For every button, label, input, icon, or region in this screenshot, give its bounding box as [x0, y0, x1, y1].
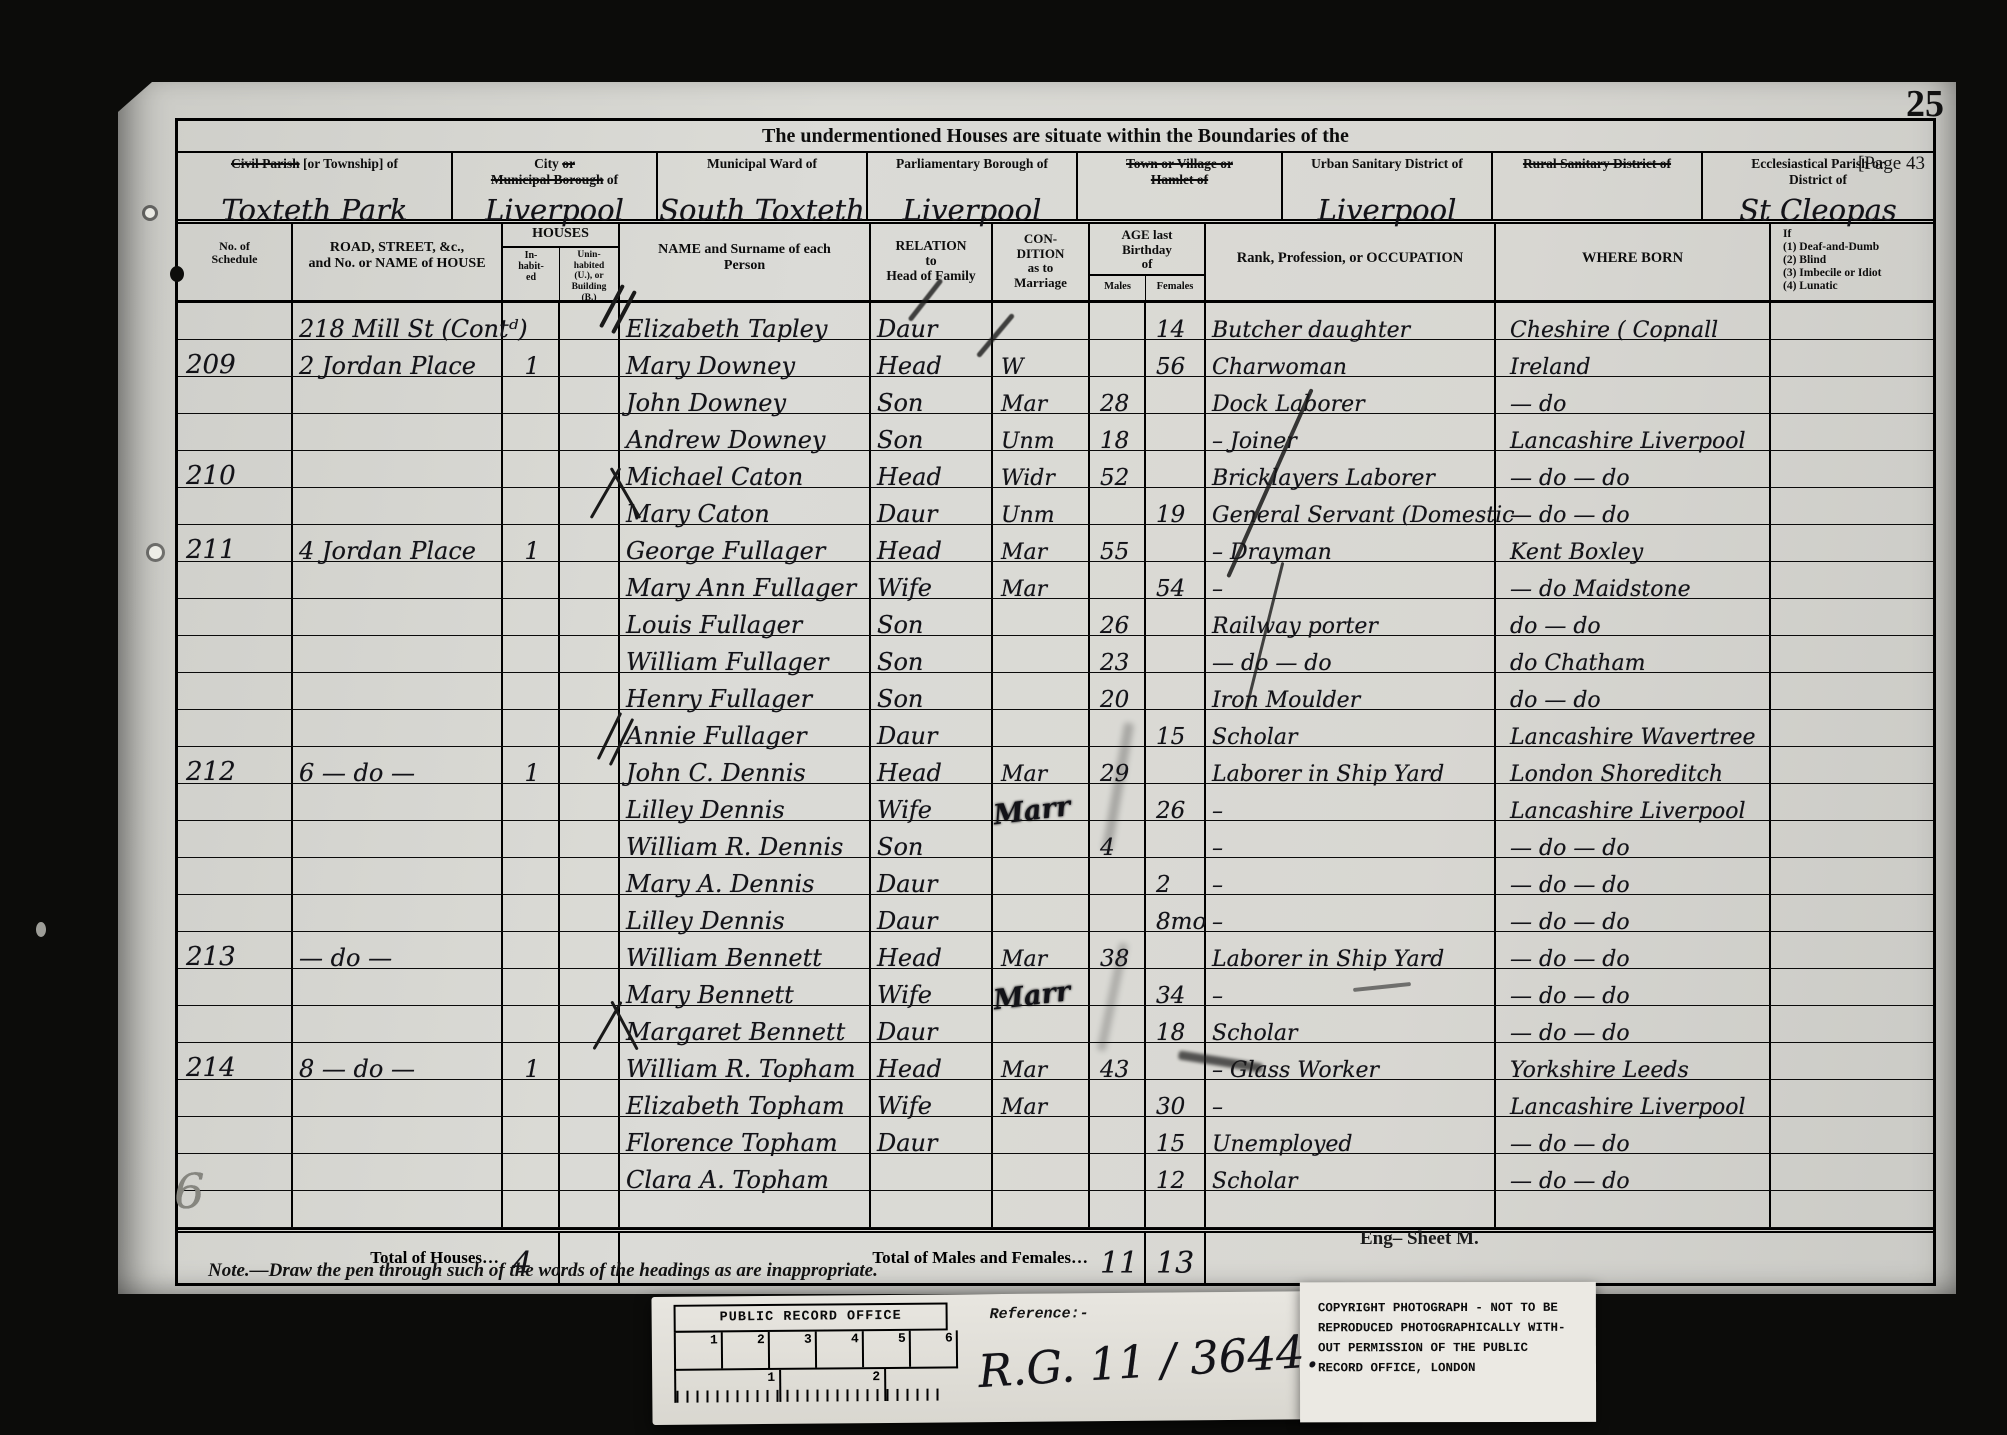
cell-born: Lancashire Liverpool	[1496, 414, 1771, 450]
cell-age_m	[1090, 1191, 1146, 1227]
cell-age_m: 26	[1090, 599, 1146, 635]
district-value: Toxteth Park	[178, 193, 451, 227]
cell-occupation: Scholar	[1206, 1006, 1496, 1042]
cell-age_m	[1090, 858, 1146, 894]
cell-condition: Unm	[993, 414, 1090, 450]
cell-infirmity	[1771, 414, 1933, 450]
ruler-cm-cell: 2	[781, 1369, 886, 1402]
cell-road: 218 Mill St (Contᵈ)	[293, 303, 503, 339]
cell-inhabited	[503, 858, 560, 894]
cell-age_m: 55	[1090, 525, 1146, 561]
pro-ruler-inches: 123456	[674, 1330, 958, 1370]
cell-schedule	[178, 784, 293, 820]
cell-road	[293, 969, 503, 1005]
copyright-stamp: COPYRIGHT PHOTOGRAPH - NOT TO BE REPRODU…	[1300, 1282, 1596, 1423]
cell-infirmity	[1771, 673, 1933, 709]
cell-condition: Unm	[993, 488, 1090, 524]
cell-age_m	[1090, 340, 1146, 376]
cell-inhabited	[503, 1117, 560, 1153]
cell-infirmity	[1771, 1043, 1933, 1079]
cell-relation: Daur	[871, 303, 993, 339]
cell-inhabited	[503, 784, 560, 820]
totals-trailing-space	[1206, 1233, 1933, 1283]
cell-condition: Mar	[993, 1043, 1090, 1079]
ruler-inch-cell: 4	[817, 1331, 864, 1367]
cell-road: 6 — do —	[293, 747, 503, 783]
cell-relation: Daur	[871, 710, 993, 746]
cell-road	[293, 377, 503, 413]
district-town-village: Town or Village orHamlet of	[1078, 153, 1283, 219]
pro-ruler-card: PUBLIC RECORD OFFICE 123456 12	[657, 1298, 974, 1419]
district-parliamentary-borough: Parliamentary Borough ofLiverpool	[868, 153, 1078, 219]
cell-occupation: Bricklayers Laborer	[1206, 451, 1496, 487]
cell-occupation: General Servant (Domestic	[1206, 488, 1496, 524]
cell-occupation: –	[1206, 784, 1496, 820]
cell-name: William R. Dennis	[620, 821, 871, 857]
cell-name: Andrew Downey	[620, 414, 871, 450]
table-rows: 218 Mill St (Contᵈ)Elizabeth TapleyDaur1…	[178, 303, 1933, 1228]
total-females-value: 13	[1146, 1233, 1206, 1283]
cell-occupation: –	[1206, 895, 1496, 931]
cell-infirmity	[1771, 895, 1933, 931]
cell-name	[620, 1191, 871, 1227]
cell-road	[293, 1154, 503, 1190]
cell-name: Michael Caton	[620, 451, 871, 487]
cell-age_f: 54	[1146, 562, 1206, 598]
cell-age_f: 26	[1146, 784, 1206, 820]
cell-infirmity	[1771, 710, 1933, 746]
cell-age_m	[1090, 1080, 1146, 1116]
table-row: 210Michael CatonHeadWidr52Bricklayers La…	[178, 451, 1933, 488]
table-title: The undermentioned Houses are situate wi…	[762, 125, 1349, 147]
cell-age_m	[1090, 1117, 1146, 1153]
cell-born: — do — do	[1496, 1006, 1771, 1042]
cell-inhabited	[503, 821, 560, 857]
cell-relation: Son	[871, 673, 993, 709]
cell-inhabited: 1	[503, 340, 560, 376]
cell-infirmity	[1771, 747, 1933, 783]
cell-born	[1496, 1191, 1771, 1227]
cell-road	[293, 784, 503, 820]
cell-age_f: 19	[1146, 488, 1206, 524]
footer-note: Note.—Draw the pen through such of the w…	[208, 1260, 878, 1282]
cell-uninhabited	[560, 932, 620, 968]
cell-uninhabited	[560, 1043, 620, 1079]
cell-uninhabited	[560, 488, 620, 524]
cell-born: London Shoreditch	[1496, 747, 1771, 783]
cell-condition	[993, 710, 1090, 746]
cell-condition	[993, 1191, 1090, 1227]
cell-relation: Wife	[871, 1080, 993, 1116]
cell-relation: Head	[871, 1043, 993, 1079]
cell-name: Florence Topham	[620, 1117, 871, 1153]
cell-infirmity	[1771, 340, 1933, 376]
cell-infirmity	[1771, 858, 1933, 894]
cell-relation: Son	[871, 377, 993, 413]
ruler-inch-cell: 6	[911, 1330, 956, 1366]
cell-born: — do — do	[1496, 858, 1771, 894]
cell-relation: Wife	[871, 784, 993, 820]
cell-infirmity	[1771, 1080, 1933, 1116]
cell-age_f	[1146, 451, 1206, 487]
cell-born: Lancashire Wavertree	[1496, 710, 1771, 746]
cell-inhabited	[503, 636, 560, 672]
table-row: John DowneySonMar28Dock Laborer— do	[178, 377, 1933, 414]
cell-occupation	[1206, 1191, 1496, 1227]
cell-born: Cheshire ( Copnall	[1496, 303, 1771, 339]
table-row: Andrew DowneySonUnm18– JoinerLancashire …	[178, 414, 1933, 451]
cell-relation: Daur	[871, 1117, 993, 1153]
cell-condition: Marr	[993, 969, 1090, 1005]
cell-relation: Daur	[871, 488, 993, 524]
cell-road	[293, 1006, 503, 1042]
cell-road	[293, 562, 503, 598]
cell-schedule	[178, 303, 293, 339]
cell-inhabited	[503, 1154, 560, 1190]
cell-schedule	[178, 821, 293, 857]
cell-occupation: –	[1206, 821, 1496, 857]
cell-inhabited	[503, 599, 560, 635]
cell-born: Lancashire Liverpool	[1496, 1080, 1771, 1116]
cell-age_m: 18	[1090, 414, 1146, 450]
cell-born: do — do	[1496, 673, 1771, 709]
cell-age_f	[1146, 525, 1206, 561]
cell-occupation: Railway porter	[1206, 599, 1496, 635]
cell-schedule	[178, 858, 293, 894]
cell-inhabited	[503, 1006, 560, 1042]
cell-born: — do — do	[1496, 969, 1771, 1005]
table-row: 2114 Jordan Place1George FullagerHeadMar…	[178, 525, 1933, 562]
table-row: Lilley DennisDaur8mo–— do — do	[178, 895, 1933, 932]
cell-occupation: — do — do	[1206, 636, 1496, 672]
cell-condition	[993, 1117, 1090, 1153]
col-header-age-group: AGE last Birthday of	[1090, 224, 1206, 276]
cell-inhabited: 1	[503, 525, 560, 561]
table-row: Mary A. DennisDaur2–— do — do	[178, 858, 1933, 895]
cell-schedule	[178, 969, 293, 1005]
cell-age_f	[1146, 747, 1206, 783]
col-header-schedule: No. of Schedule	[178, 224, 293, 300]
cell-born: Kent Boxley	[1496, 525, 1771, 561]
district-value: Liverpool	[1283, 193, 1491, 227]
cell-relation: Son	[871, 821, 993, 857]
cell-schedule: 211	[178, 525, 293, 561]
cell-born: — do Maidstone	[1496, 562, 1771, 598]
cell-age_f	[1146, 636, 1206, 672]
punch-hole	[149, 546, 162, 559]
cell-inhabited	[503, 932, 560, 968]
cell-age_m: 28	[1090, 377, 1146, 413]
cell-inhabited	[503, 1080, 560, 1116]
table-row: Florence TophamDaur15Unemployed— do — do	[178, 1117, 1933, 1154]
cell-relation: Head	[871, 525, 993, 561]
cell-occupation: Scholar	[1206, 710, 1496, 746]
cell-age_f: 15	[1146, 1117, 1206, 1153]
cell-relation: Daur	[871, 895, 993, 931]
cell-occupation: –	[1206, 858, 1496, 894]
cell-relation: Son	[871, 599, 993, 635]
census-table: The undermentioned Houses are situate wi…	[175, 118, 1936, 1286]
table-row: 213— do —William BennettHeadMar38Laborer…	[178, 932, 1933, 969]
cell-uninhabited	[560, 562, 620, 598]
cell-road: 2 Jordan Place	[293, 340, 503, 376]
cell-condition: Mar	[993, 562, 1090, 598]
cell-age_f	[1146, 414, 1206, 450]
cell-occupation: Scholar	[1206, 1154, 1496, 1190]
cell-born: — do — do	[1496, 932, 1771, 968]
table-row: Mary BennettWifeMarr34–— do — do	[178, 969, 1933, 1006]
cell-inhabited: 1	[503, 747, 560, 783]
cell-road	[293, 895, 503, 931]
table-row: Louis FullagerSon26Railway porterdo — do	[178, 599, 1933, 636]
cell-occupation: Butcher daughter	[1206, 303, 1496, 339]
cell-age_m	[1090, 895, 1146, 931]
cell-age_m: 20	[1090, 673, 1146, 709]
table-row: Mary CatonDaurUnm19General Servant (Dome…	[178, 488, 1933, 525]
cell-born: Yorkshire Leeds	[1496, 1043, 1771, 1079]
cell-uninhabited	[560, 340, 620, 376]
cell-infirmity	[1771, 1117, 1933, 1153]
ruler-cm-cell: 1	[676, 1370, 781, 1403]
cell-condition: Mar	[993, 932, 1090, 968]
pro-office-label: PUBLIC RECORD OFFICE	[674, 1302, 948, 1332]
cell-infirmity	[1771, 969, 1933, 1005]
cell-road	[293, 821, 503, 857]
cell-uninhabited	[560, 599, 620, 635]
cell-condition	[993, 673, 1090, 709]
cell-occupation: –	[1206, 1080, 1496, 1116]
cell-infirmity	[1771, 784, 1933, 820]
cell-road	[293, 1117, 503, 1153]
cell-condition: Mar	[993, 1080, 1090, 1116]
cell-uninhabited	[560, 858, 620, 894]
cell-inhabited	[503, 1191, 560, 1227]
cell-inhabited	[503, 488, 560, 524]
col-header-road: ROAD, STREET, &c., and No. or NAME of HO…	[293, 224, 503, 300]
cell-road	[293, 599, 503, 635]
table-row: Clara A. Topham12Scholar— do — do	[178, 1154, 1933, 1191]
cell-schedule	[178, 488, 293, 524]
cell-schedule: 212	[178, 747, 293, 783]
table-title-row: The undermentioned Houses are situate wi…	[178, 121, 1933, 153]
cell-age_f: 2	[1146, 858, 1206, 894]
cell-relation: Head	[871, 932, 993, 968]
district-municipal-borough: City orMunicipal Borough ofLiverpool	[453, 153, 658, 219]
cell-infirmity	[1771, 525, 1933, 561]
cell-occupation: Unemployed	[1206, 1117, 1496, 1153]
cell-schedule	[178, 710, 293, 746]
cell-age_f	[1146, 932, 1206, 968]
cell-condition: Marr	[993, 784, 1090, 820]
cell-name: William Fullager	[620, 636, 871, 672]
cell-name: John C. Dennis	[620, 747, 871, 783]
cell-infirmity	[1771, 488, 1933, 524]
col-header-condition: CON- DITION as to Marriage	[993, 224, 1090, 300]
cell-age_f	[1146, 599, 1206, 635]
cell-infirmity	[1771, 1006, 1933, 1042]
cell-relation: Son	[871, 636, 993, 672]
cell-condition: W	[993, 340, 1090, 376]
cell-road	[293, 1191, 503, 1227]
cell-schedule	[178, 562, 293, 598]
cell-name: George Fullager	[620, 525, 871, 561]
cell-age_f: 14	[1146, 303, 1206, 339]
cell-born: — do — do	[1496, 1117, 1771, 1153]
cell-infirmity	[1771, 1191, 1933, 1227]
cell-name: Mary Downey	[620, 340, 871, 376]
cell-schedule	[178, 673, 293, 709]
cell-age_f: 56	[1146, 340, 1206, 376]
col-header-females: Females	[1146, 276, 1206, 300]
cell-born: — do — do	[1496, 451, 1771, 487]
cell-age_f: 30	[1146, 1080, 1206, 1116]
cell-infirmity	[1771, 451, 1933, 487]
cell-age_m	[1090, 1154, 1146, 1190]
cell-road	[293, 451, 503, 487]
cell-age_f	[1146, 377, 1206, 413]
cell-occupation: Dock Laborer	[1206, 377, 1496, 413]
cell-relation: Wife	[871, 562, 993, 598]
district-rural-sanitary: Rural Sanitary District of	[1493, 153, 1703, 219]
cell-infirmity	[1771, 303, 1933, 339]
cell-name: Mary A. Dennis	[620, 858, 871, 894]
cell-occupation: –	[1206, 969, 1496, 1005]
cell-name: Lilley Dennis	[620, 784, 871, 820]
cell-condition	[993, 599, 1090, 635]
cell-schedule: 210	[178, 451, 293, 487]
district-header-band: Civil Parish [or Township] ofToxteth Par…	[178, 153, 1933, 219]
ruler-inch-cell: 5	[864, 1331, 911, 1367]
cell-relation: Daur	[871, 858, 993, 894]
cell-name: Mary Ann Fullager	[620, 562, 871, 598]
cell-uninhabited	[560, 1154, 620, 1190]
cell-age_f	[1146, 673, 1206, 709]
cell-condition: Mar	[993, 525, 1090, 561]
cell-relation: Daur	[871, 1006, 993, 1042]
cell-age_m	[1090, 562, 1146, 598]
cell-occupation: Laborer in Ship Yard	[1206, 932, 1496, 968]
cell-schedule: 214	[178, 1043, 293, 1079]
cell-road: — do —	[293, 932, 503, 968]
cell-inhabited	[503, 710, 560, 746]
col-header-inhabited: In- habit- ed	[503, 248, 560, 300]
page-marker: [Page 43	[1858, 153, 1925, 175]
cell-age_f	[1146, 1191, 1206, 1227]
cell-relation: Head	[871, 747, 993, 783]
census-sheet: 25 The undermentioned Houses are situate…	[118, 82, 1956, 1294]
reference-label: Reference:-	[990, 1305, 1089, 1323]
cell-name: John Downey	[620, 377, 871, 413]
cell-age_f: 18	[1146, 1006, 1206, 1042]
cell-schedule	[178, 1080, 293, 1116]
total-males-value: 11	[1090, 1233, 1146, 1283]
cell-uninhabited	[560, 636, 620, 672]
cell-age_m	[1090, 710, 1146, 746]
cell-born: Lancashire Liverpool	[1496, 784, 1771, 820]
cell-condition	[993, 636, 1090, 672]
cell-inhabited	[503, 562, 560, 598]
cell-infirmity	[1771, 932, 1933, 968]
district-value: Liverpool	[453, 193, 656, 227]
cell-occupation: – Joiner	[1206, 414, 1496, 450]
col-header-infirmity: If (1) Deaf-and-Dumb (2) Blind (3) Imbec…	[1771, 224, 1933, 300]
cell-uninhabited	[560, 414, 620, 450]
district-civil-parish: Civil Parish [or Township] ofToxteth Par…	[178, 153, 453, 219]
ruler-inch-cell: 2	[723, 1332, 770, 1368]
cell-age_f: 34	[1146, 969, 1206, 1005]
reference-value: R.G. 11 / 3644.	[977, 1324, 1321, 1398]
table-row: 2148 — do —1William R. TophamHeadMar43– …	[178, 1043, 1933, 1080]
table-row	[178, 1191, 1933, 1228]
cell-condition: Mar	[993, 377, 1090, 413]
cell-schedule	[178, 636, 293, 672]
cell-road	[293, 1080, 503, 1116]
cell-name: William Bennett	[620, 932, 871, 968]
column-header-row: No. of Schedule ROAD, STREET, &c., and N…	[178, 219, 1933, 303]
table-row: William R. DennisSon4–— do — do	[178, 821, 1933, 858]
cell-uninhabited	[560, 1006, 620, 1042]
cell-age_f: 15	[1146, 710, 1206, 746]
district-value: South Toxteth	[658, 193, 866, 227]
cell-inhabited	[503, 414, 560, 450]
district-value: Liverpool	[868, 193, 1076, 227]
cell-relation	[871, 1154, 993, 1190]
cell-schedule: 213	[178, 932, 293, 968]
cell-relation: Head	[871, 451, 993, 487]
ruler-inch-cell: 1	[676, 1332, 723, 1368]
cell-inhabited	[503, 451, 560, 487]
cell-age_m: 4	[1090, 821, 1146, 857]
cell-occupation: Charwoman	[1206, 340, 1496, 376]
cell-infirmity	[1771, 1154, 1933, 1190]
cell-born: — do — do	[1496, 488, 1771, 524]
cell-schedule	[178, 1117, 293, 1153]
cell-name: Lilley Dennis	[620, 895, 871, 931]
table-row: William FullagerSon23— do — dodo Chatham	[178, 636, 1933, 673]
cell-infirmity	[1771, 821, 1933, 857]
cell-infirmity	[1771, 599, 1933, 635]
cell-age_m	[1090, 303, 1146, 339]
cell-road	[293, 710, 503, 746]
cell-uninhabited	[560, 525, 620, 561]
cell-schedule	[178, 414, 293, 450]
cell-age_f: 8mo	[1146, 895, 1206, 931]
district-value: St Cleopas	[1703, 193, 1933, 227]
col-header-houses-group: HOUSES	[503, 224, 620, 248]
table-row: Annie FullagerDaur15ScholarLancashire Wa…	[178, 710, 1933, 747]
cell-born: do Chatham	[1496, 636, 1771, 672]
col-header-occupation: Rank, Profession, or OCCUPATION	[1206, 224, 1496, 300]
cell-schedule	[178, 1006, 293, 1042]
district-urban-sanitary: Urban Sanitary District ofLiverpool	[1283, 153, 1493, 219]
cell-name: Henry Fullager	[620, 673, 871, 709]
cell-born: — do — do	[1496, 821, 1771, 857]
cell-age_m: 52	[1090, 451, 1146, 487]
cell-relation: Son	[871, 414, 993, 450]
col-header-uninhabited: Unin- habited (U.), or Building (B.)	[560, 248, 620, 300]
cell-uninhabited	[560, 1191, 620, 1227]
cell-condition: Widr	[993, 451, 1090, 487]
sheet-reference: Eng– Sheet M.	[1360, 1228, 1479, 1250]
cell-relation: Head	[871, 340, 993, 376]
cell-uninhabited	[560, 1080, 620, 1116]
cell-road: 4 Jordan Place	[293, 525, 503, 561]
table-row: 218 Mill St (Contᵈ)Elizabeth TapleyDaur1…	[178, 303, 1933, 340]
district-municipal-ward: Municipal Ward ofSouth Toxteth	[658, 153, 868, 219]
table-row: 2092 Jordan Place1Mary DowneyHeadW56Char…	[178, 340, 1933, 377]
table-row: Henry FullagerSon20Iron Moulderdo — do	[178, 673, 1933, 710]
cell-name: Mary Caton	[620, 488, 871, 524]
